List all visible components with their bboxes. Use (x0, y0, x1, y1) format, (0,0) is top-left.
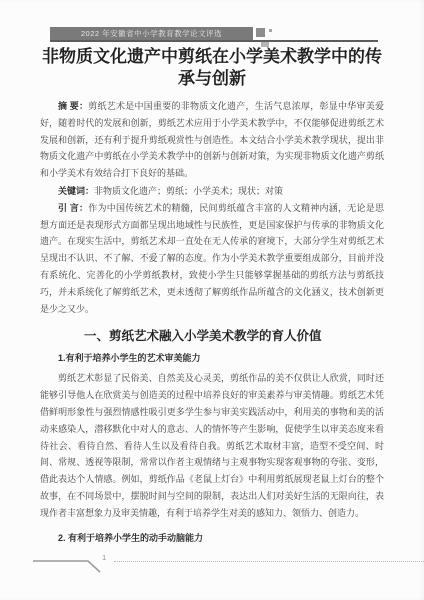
introduction-label: 引 言： (58, 203, 88, 213)
page-footer: 1 (0, 553, 424, 583)
header-decor-square-icon (256, 28, 265, 37)
header-rule (50, 40, 378, 42)
subsection-1-1-body: 剪纸艺术彰显了民俗美、自然美及心灵美，剪纸作品的美不仅供让人欣赏，同时还能够引导… (40, 370, 384, 521)
abstract-paragraph: 摘 要：剪纸艺术是中国重要的非物质文化遗产，生活气息浓厚，彰显中华审美爱好，随着… (40, 98, 384, 182)
introduction-text: 作为中国传统艺术的精髓，民间剪纸蕴含丰富的人文精神内涵，无论是思想方面还是表现形… (40, 203, 384, 314)
section-1-heading: 一、剪纸艺术融入小学美术教学的育人价值 (84, 329, 384, 344)
keywords-label: 关键词： (58, 186, 94, 196)
document-content: 非物质文化遗产中剪纸在小学美术教学中的传承与创新 摘 要：剪纸艺术是中国重要的非… (40, 46, 384, 550)
header-decor-dot-icon (269, 29, 272, 32)
abstract-text: 剪纸艺术是中国重要的非物质文化遗产，生活气息浓厚，彰显中华审美爱好，随着时代的发… (40, 101, 384, 178)
page-number: 1 (102, 553, 106, 562)
keywords-paragraph: 关键词：非物质文化遗产；剪纸；小学美术；现状；对策 (40, 183, 384, 200)
introduction-paragraph: 引 言：作为中国传统艺术的精髓，民间剪纸蕴含丰富的人文精神内涵，无论是思想方面还… (40, 200, 384, 318)
keywords-text: 非物质文化遗产；剪纸；小学美术；现状；对策 (94, 186, 283, 196)
abstract-label: 摘 要： (58, 101, 88, 111)
footer-swoosh-icon (33, 557, 103, 573)
footer-dotted-line (114, 561, 424, 562)
header-banner: 2022 年安徽省中小学教育教学论文评选 (50, 27, 253, 40)
subsection-1-1-heading: 1.有利于培养小学生的艺术审美能力 (40, 351, 384, 365)
page-title: 非物质文化遗产中剪纸在小学美术教学中的传承与创新 (40, 46, 384, 89)
subsection-1-2-heading: 2. 有利于培养小学生的动手动脑能力 (40, 531, 384, 545)
document-page: 2022 年安徽省中小学教育教学论文评选 非物质文化遗产中剪纸在小学美术教学中的… (0, 0, 424, 600)
